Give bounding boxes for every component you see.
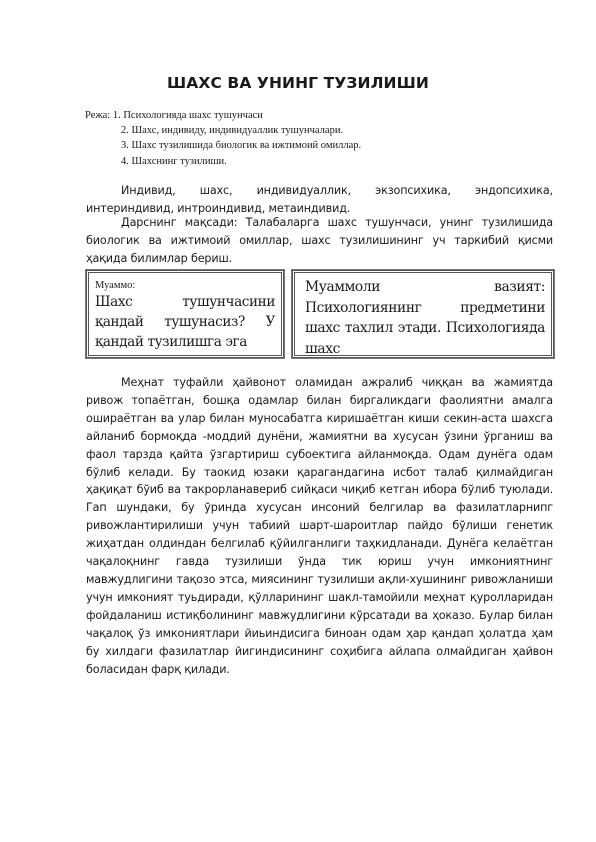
situation-text: Муаммоли вазият: Психологиянинг предмети… <box>305 277 545 358</box>
plan-item: 4. Шахснинг тузилиши. <box>85 154 555 169</box>
plan-item: 3. Шахс тузилишида биологик ва ижтимоий … <box>85 138 555 153</box>
body-paragraph: Меҳнат туфайли ҳайвонот оламидан ажралиб… <box>86 374 553 678</box>
lesson-plan: Режа: 1. Психологияда шахс тушунчаси 2. … <box>85 108 555 169</box>
goal-paragraph: Дарснинг мақсади: Талабаларга шахс тушун… <box>86 214 553 268</box>
document-title: ШАХС ВА УНИНГ ТУЗИЛИШИ <box>0 74 596 92</box>
plan-label: Режа: <box>85 110 110 121</box>
situation-box: Муаммоли вазият: Психологиянинг предмети… <box>292 270 554 358</box>
keywords-paragraph: Индивид, шахс, индивидуаллик, экзопсихик… <box>86 182 553 218</box>
problem-text: Шахс тушунчасини қандай тушунасиз? У қан… <box>95 292 275 352</box>
problem-label: Муаммо: <box>95 279 275 292</box>
document-page: ШАХС ВА УНИНГ ТУЗИЛИШИ Режа: 1. Психолог… <box>0 0 596 842</box>
plan-item: 2. Шахс, индивиду, индивидуаллик тушунча… <box>85 123 555 138</box>
problem-box: Муаммо: Шахс тушунчасини қандай тушунаси… <box>86 270 284 358</box>
plan-item: Режа: 1. Психологияда шахс тушунчаси <box>85 108 555 123</box>
